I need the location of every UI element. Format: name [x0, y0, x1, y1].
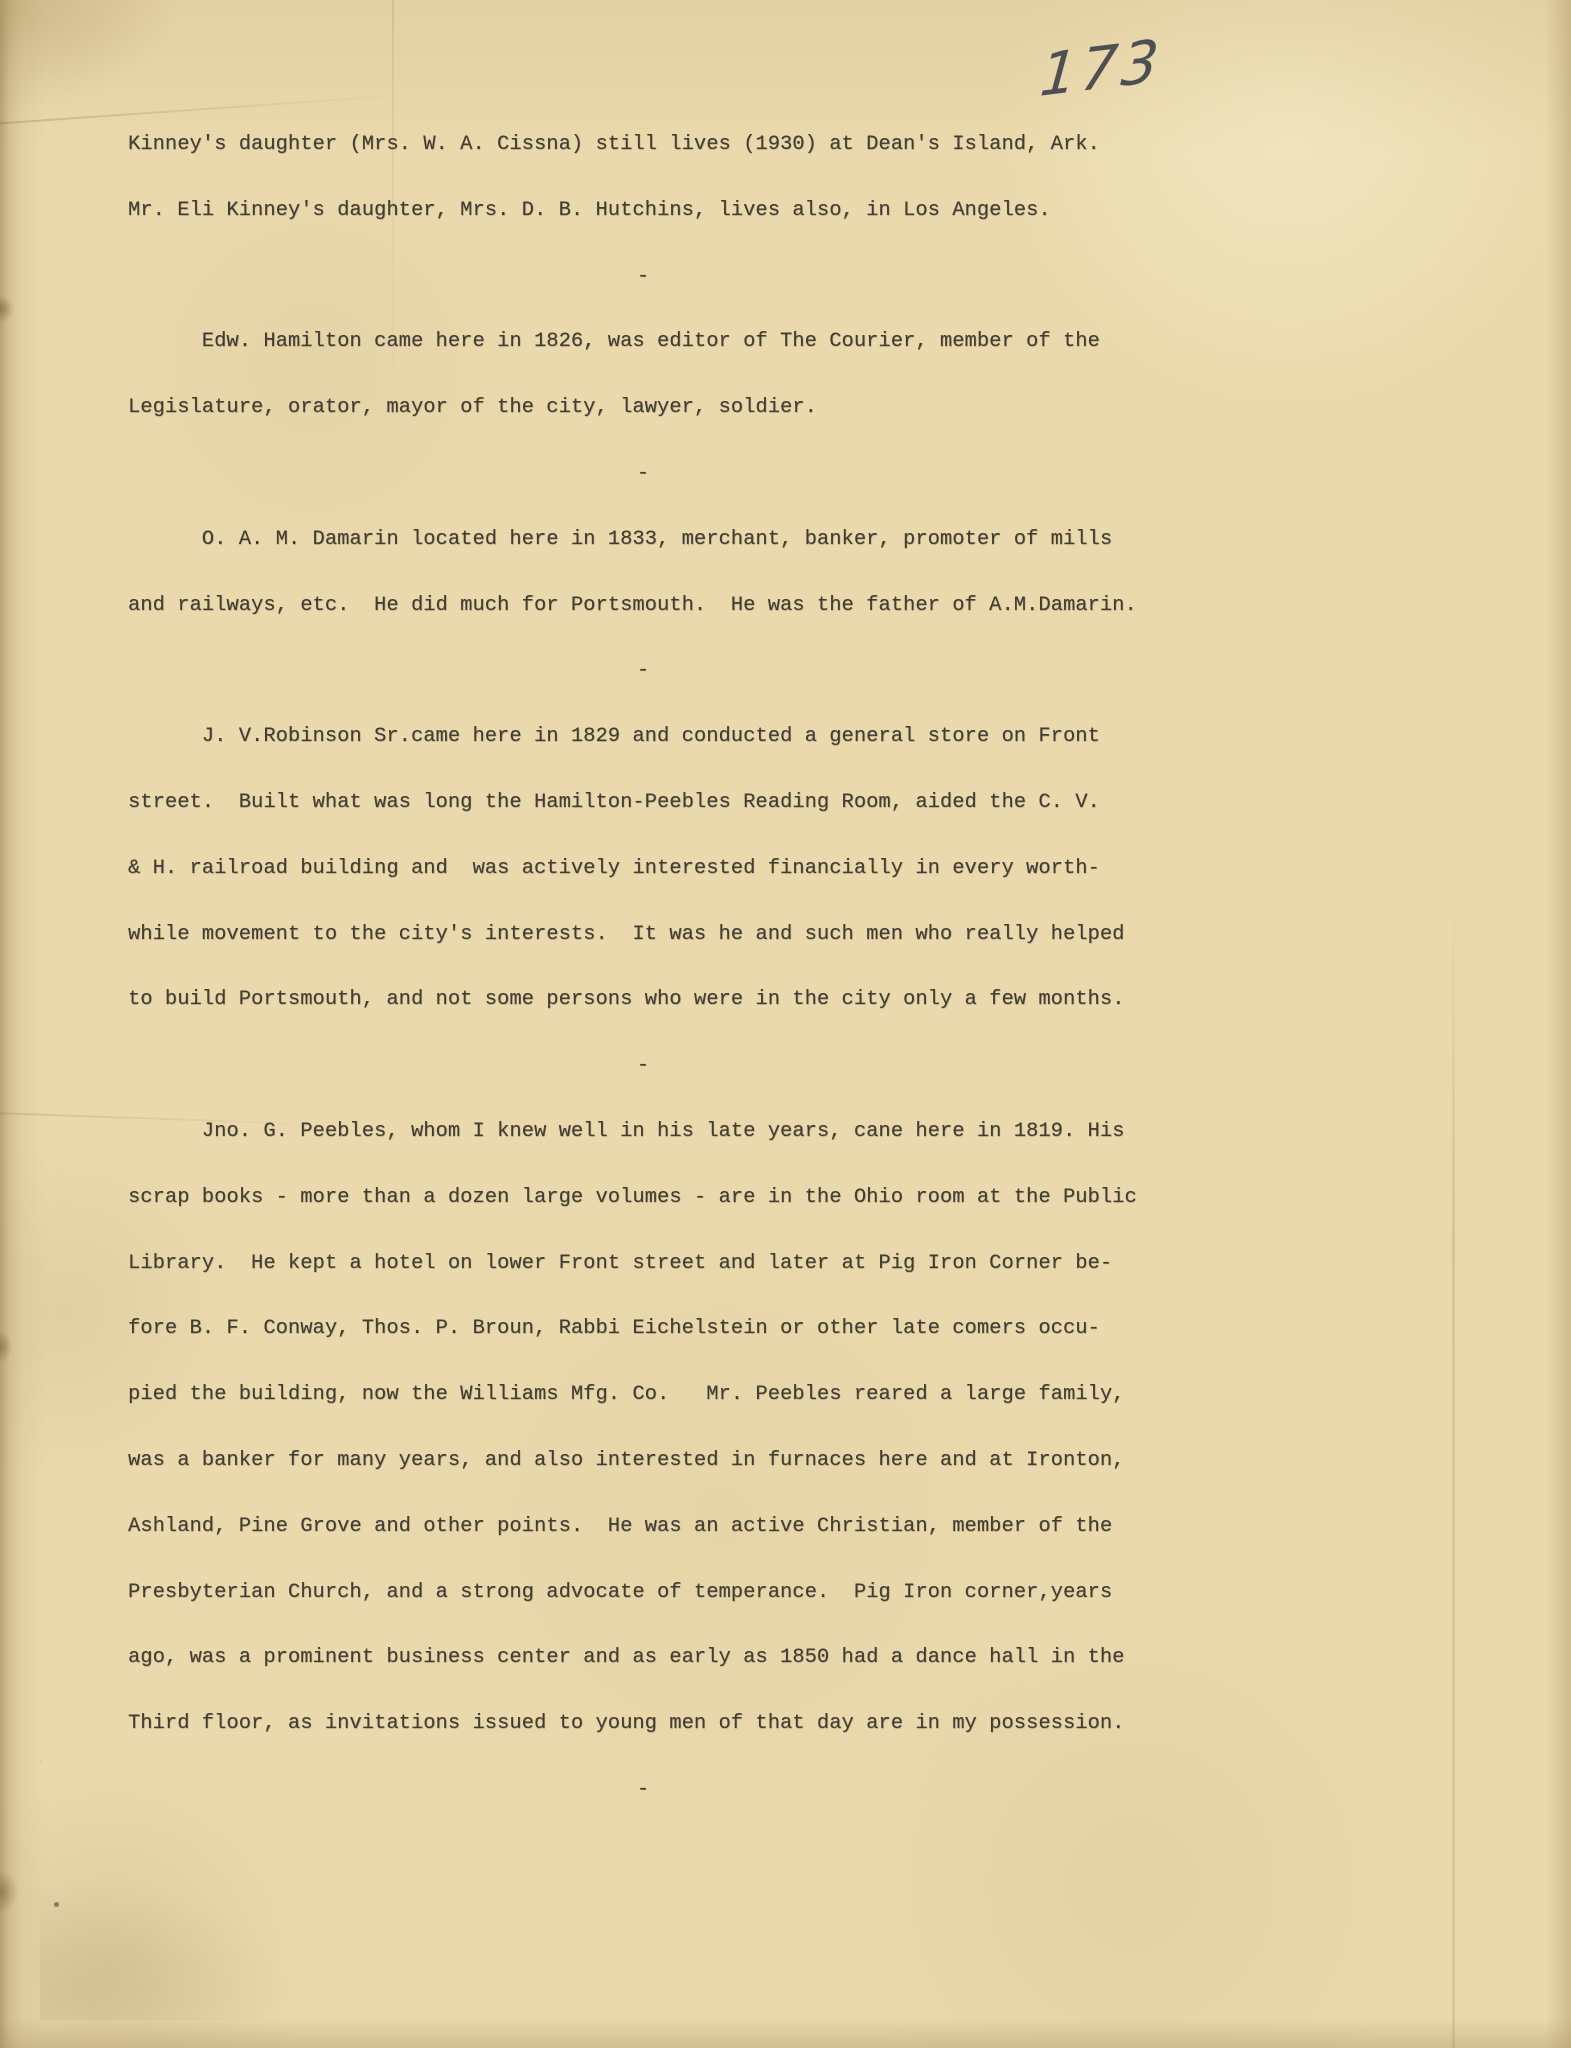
- section-separator: -: [128, 1757, 1158, 1823]
- text-line: Library. He kept a hotel on lower Front …: [128, 1231, 1158, 1297]
- section-separator: -: [128, 638, 1158, 704]
- paper-edge-right: [1545, 0, 1571, 2048]
- text-line: while movement to the city's interests. …: [128, 902, 1158, 968]
- paper-edge-left: [0, 0, 46, 2048]
- document-page: 173 Kinney's daughter (Mrs. W. A. Cissna…: [0, 0, 1571, 2048]
- text-line: J. V.Robinson Sr.came here in 1829 and c…: [128, 704, 1158, 770]
- text-line: ago, was a prominent business center and…: [128, 1625, 1158, 1691]
- paper-edge-nick: [0, 296, 14, 322]
- text-line: Ashland, Pine Grove and other points. He…: [128, 1494, 1158, 1560]
- handwritten-page-number: 173: [1037, 26, 1165, 110]
- section-separator: -: [128, 1033, 1158, 1099]
- text-line: scrap books - more than a dozen large vo…: [128, 1165, 1158, 1231]
- text-line: was a banker for many years, and also in…: [128, 1428, 1158, 1494]
- paper-edge-bottom: [0, 2018, 1571, 2048]
- text-line: fore B. F. Conway, Thos. P. Broun, Rabbi…: [128, 1296, 1158, 1362]
- text-line: Presbyterian Church, and a strong advoca…: [128, 1560, 1158, 1626]
- paper-speck: [54, 1902, 59, 1907]
- text-line: Kinney's daughter (Mrs. W. A. Cissna) st…: [128, 112, 1158, 178]
- typed-text: Kinney's daughter (Mrs. W. A. Cissna) st…: [128, 112, 1158, 1823]
- section-separator: -: [128, 244, 1158, 310]
- text-line: Jno. G. Peebles, whom I knew well in his…: [128, 1099, 1158, 1165]
- text-line: to build Portsmouth, and not some person…: [128, 967, 1158, 1033]
- paper-fold-line: [1452, 880, 1455, 2048]
- text-line: and railways, etc. He did much for Ports…: [128, 573, 1158, 639]
- text-line: street. Built what was long the Hamilton…: [128, 770, 1158, 836]
- text-line: Mr. Eli Kinney's daughter, Mrs. D. B. Hu…: [128, 178, 1158, 244]
- text-line: pied the building, now the Williams Mfg.…: [128, 1362, 1158, 1428]
- section-separator: -: [128, 441, 1158, 507]
- paper-edge-nick: [0, 1872, 18, 1912]
- text-line: O. A. M. Damarin located here in 1833, m…: [128, 507, 1158, 573]
- text-line: Third floor, as invitations issued to yo…: [128, 1691, 1158, 1757]
- text-line: & H. railroad building and was actively …: [128, 836, 1158, 902]
- text-line: Legislature, orator, mayor of the city, …: [128, 375, 1158, 441]
- paper-edge-nick: [0, 1332, 12, 1362]
- text-line: Edw. Hamilton came here in 1826, was edi…: [128, 309, 1158, 375]
